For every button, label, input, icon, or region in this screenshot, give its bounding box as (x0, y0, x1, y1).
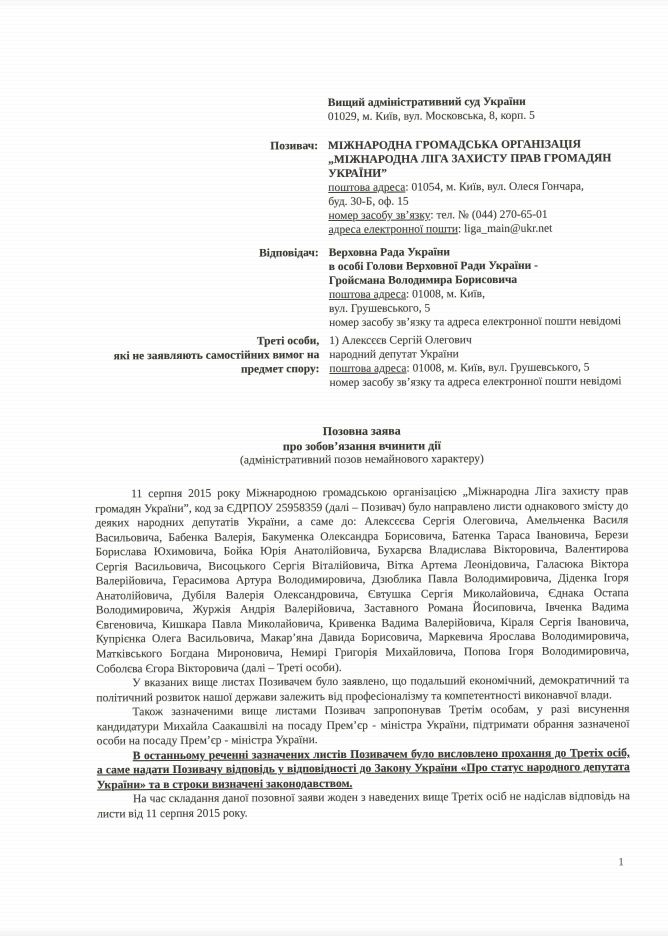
document-content: Вищий адміністративний суд України 01029… (0, 0, 668, 936)
phone-label: номер засобу зв’язку (328, 209, 430, 222)
plaintiff-label: Позивач: (56, 139, 318, 155)
phone-value: : тел. № (044) 270-65-01 (430, 209, 547, 222)
plaintiff-postal-address: поштова адреса: 01054, м. Київ, вул. Оле… (328, 179, 611, 195)
defendant-label: Відповідач: (57, 246, 319, 262)
email-label: адреса електронної пошти (329, 223, 459, 236)
scanned-document-page: Вищий адміністративний суд України 01029… (0, 0, 668, 936)
body-paragraph: Також зазначеними вище листами Позивач з… (96, 702, 629, 749)
document-title: Позовна заява про зобов’язання вчинити д… (95, 422, 629, 469)
postal-address-label: поштова адреса (329, 289, 406, 301)
document-body: 11 серпня 2015 року Міжнародною громадсь… (95, 484, 630, 822)
postal-address-label: поштова адреса (329, 363, 406, 375)
postal-address-label: поштова адреса (328, 182, 405, 194)
defendant-details: Верховна Рада України в особі Голови Вер… (329, 244, 622, 330)
title-line-3: (адміністративний позов немайнового хара… (95, 451, 629, 469)
postal-address-value: : 01054, м. Київ, вул. Олеся Гончара, (405, 180, 584, 193)
plaintiff-details: МІЖНАРОДНА ГРОМАДСЬКА ОРГАНІЗАЦІЯ „МІЖНА… (328, 137, 612, 237)
plaintiff-email: адреса електронної пошти: liga_main@ukr.… (329, 221, 612, 237)
court-address: 01029, м. Київ, вул. Московська, 8, корп… (328, 109, 535, 124)
plaintiff-name-line: „МІЖНАРОДНА ЛІГА ЗАХИСТУ ПРАВ ГРОМАДЯН (328, 151, 611, 167)
body-paragraph-emphasized: В останньому реченні зазначених листів П… (97, 746, 630, 793)
postal-address-value: : 01008, м. Київ, вул. Грушевського, 5 (406, 361, 589, 374)
third-party-contacts-unknown: номер засобу зв’язку та адреса електронн… (329, 374, 621, 390)
body-paragraph: На час складання даної позовної заяви жо… (97, 790, 630, 822)
court-name: Вищий адміністративний суд України (328, 95, 535, 110)
page-number: 1 (618, 856, 624, 868)
court-header: Вищий адміністративний суд України 01029… (328, 95, 535, 124)
body-paragraph: У вказаних вище листах Позивачем було за… (96, 673, 629, 705)
defendant-contacts-unknown: номер засобу зв’язку та адреса електронн… (329, 314, 621, 330)
third-parties-details: 1) Алексєєв Сергій Олегович народний деп… (329, 332, 621, 390)
third-parties-label-line: предмет спору: (57, 362, 319, 378)
email-value: : liga_main@ukr.net (458, 223, 552, 236)
third-parties-label: Треті особи, які не заявляють самостійни… (57, 334, 319, 378)
postal-address-value: : 01008, м. Київ, (406, 288, 485, 300)
body-paragraph: 11 серпня 2015 року Міжнародною громадсь… (95, 484, 629, 676)
